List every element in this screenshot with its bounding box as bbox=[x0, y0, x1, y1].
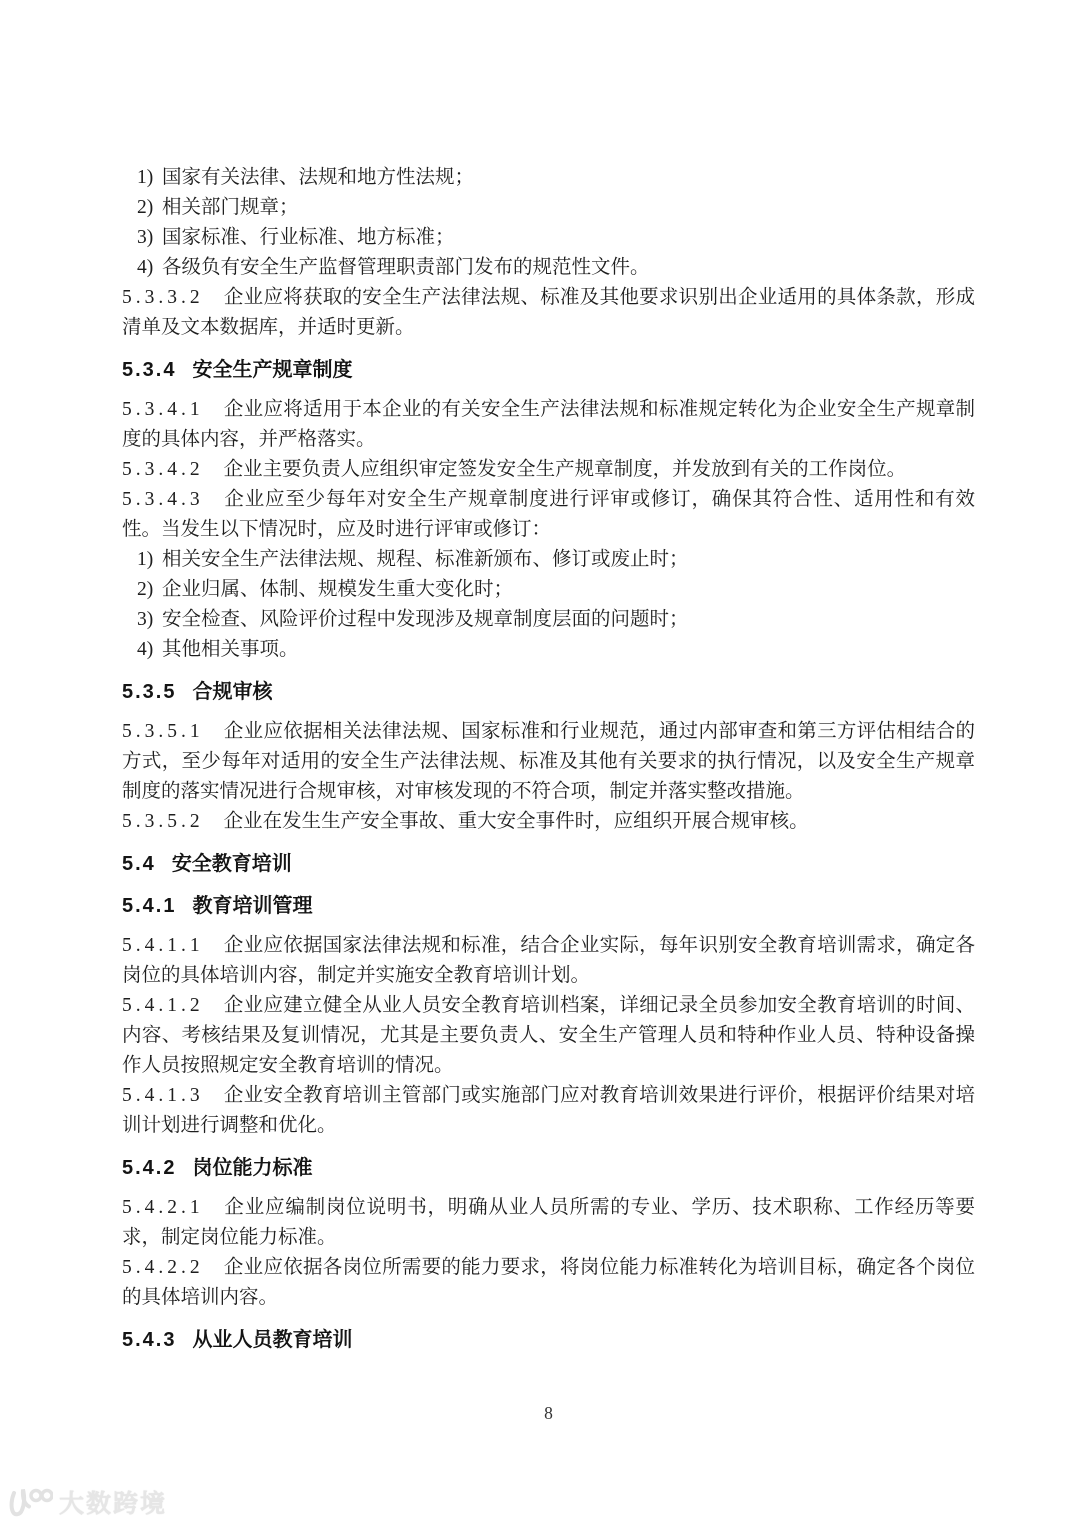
section-heading-5-3-4: 5.3.4安全生产规章制度 bbox=[122, 355, 975, 385]
clause-text: 企业在发生生产安全事故、重大安全事件时，应组织开展合规审核。 bbox=[224, 811, 809, 832]
list-item-number: 4) bbox=[137, 635, 153, 665]
clause-text: 企业应将适用于本企业的有关安全生产法律法规和标准规定转化为企业安全生产规章制度的… bbox=[122, 399, 975, 450]
heading-text: 教育培训管理 bbox=[192, 895, 312, 917]
document-content: 1) 国家有关法律、法规和地方性法规； 2) 相关部门规章； 3) 国家标准、行… bbox=[122, 163, 975, 1428]
section-heading-5-4-2: 5.4.2岗位能力标准 bbox=[122, 1153, 975, 1183]
clause-number: 5.4.1.2 bbox=[122, 995, 204, 1016]
clause-5-3-5-1: 5.3.5.1企业应依据相关法律法规、国家标准和行业规范，通过内部审查和第三方评… bbox=[122, 717, 975, 807]
list-item-number: 2) bbox=[137, 575, 153, 605]
clause-5-4-1-2: 5.4.1.2企业应建立健全从业人员安全教育培训档案，详细记录全员参加安全教育培… bbox=[122, 991, 975, 1081]
clause-number: 5.4.2.2 bbox=[122, 1257, 204, 1278]
page-number: 8 bbox=[122, 1398, 975, 1428]
dashukuajing-logo-icon bbox=[7, 1486, 53, 1518]
clause-number: 5.4.2.1 bbox=[122, 1197, 204, 1218]
heading-number: 5.4 bbox=[122, 853, 156, 875]
heading-text: 合规审核 bbox=[192, 681, 272, 703]
list-item-number: 1) bbox=[137, 545, 153, 575]
list-item: 4) 其他相关事项。 bbox=[122, 635, 975, 665]
clause-5-3-4-2: 5.3.4.2企业主要负责人应组织审定签发安全生产规章制度，并发放到有关的工作岗… bbox=[122, 455, 975, 485]
heading-number: 5.4.3 bbox=[122, 1329, 176, 1351]
clause-5-4-2-1: 5.4.2.1企业应编制岗位说明书，明确从业人员所需的专业、学历、技术职称、工作… bbox=[122, 1193, 975, 1253]
section-heading-5-3-5: 5.3.5合规审核 bbox=[122, 677, 975, 707]
clause-text: 企业应将获取的安全生产法律法规、标准及其他要求识别出企业适用的具体条款，形成清单… bbox=[122, 287, 975, 338]
section-heading-5-4-3: 5.4.3从业人员教育培训 bbox=[122, 1325, 975, 1355]
clause-5-4-1-3: 5.4.1.3企业安全教育培训主管部门或实施部门应对教育培训效果进行评价，根据评… bbox=[122, 1081, 975, 1141]
clause-5-3-4-3: 5.3.4.3企业应至少每年对安全生产规章制度进行评审或修订，确保其符合性、适用… bbox=[122, 485, 975, 545]
list-item-text: 各级负有安全生产监督管理职责部门发布的规范性文件。 bbox=[162, 257, 650, 278]
list-item-text: 其他相关事项。 bbox=[162, 639, 299, 660]
clause-5-3-5-2: 5.3.5.2企业在发生生产安全事故、重大安全事件时，应组织开展合规审核。 bbox=[122, 807, 975, 837]
list-item-number: 2) bbox=[137, 193, 153, 223]
clause-number: 5.3.3.2 bbox=[122, 287, 204, 308]
clause-5-4-1-1: 5.4.1.1企业应依据国家法律法规和标准，结合企业实际，每年识别安全教育培训需… bbox=[122, 931, 975, 991]
list-item: 3) 国家标准、行业标准、地方标准； bbox=[122, 223, 975, 253]
clause-text: 企业安全教育培训主管部门或实施部门应对教育培训效果进行评价，根据评价结果对培训计… bbox=[122, 1085, 975, 1136]
list-item-text: 相关部门规章； bbox=[162, 197, 299, 218]
section-heading-5-4: 5.4安全教育培训 bbox=[122, 849, 975, 879]
watermark-label: 大数跨境 bbox=[59, 1484, 167, 1520]
list-item-number: 3) bbox=[137, 223, 153, 253]
list-item-number: 1) bbox=[137, 163, 153, 193]
list-item: 1) 相关安全生产法律法规、规程、标准新颁布、修订或废止时； bbox=[122, 545, 975, 575]
heading-number: 5.3.4 bbox=[122, 359, 176, 381]
heading-text: 安全教育培训 bbox=[172, 853, 292, 875]
list-item-text: 国家标准、行业标准、地方标准； bbox=[162, 227, 455, 248]
clause-5-4-2-2: 5.4.2.2企业应依据各岗位所需要的能力要求，将岗位能力标准转化为培训目标，确… bbox=[122, 1253, 975, 1313]
list-item: 2) 相关部门规章； bbox=[122, 193, 975, 223]
list-item: 1) 国家有关法律、法规和地方性法规； bbox=[122, 163, 975, 193]
heading-text: 安全生产规章制度 bbox=[192, 359, 352, 381]
section-heading-5-4-1: 5.4.1教育培训管理 bbox=[122, 891, 975, 921]
clause-number: 5.3.5.2 bbox=[122, 811, 204, 832]
list-item: 3) 安全检查、风险评价过程中发现涉及规章制度层面的问题时； bbox=[122, 605, 975, 635]
clause-text: 企业应建立健全从业人员安全教育培训档案，详细记录全员参加安全教育培训的时间、内容… bbox=[122, 995, 975, 1076]
clause-text: 企业主要负责人应组织审定签发安全生产规章制度，并发放到有关的工作岗位。 bbox=[224, 459, 907, 480]
list-item: 4) 各级负有安全生产监督管理职责部门发布的规范性文件。 bbox=[122, 253, 975, 283]
clause-number: 5.3.4.3 bbox=[122, 489, 204, 510]
list-item-text: 安全检查、风险评价过程中发现涉及规章制度层面的问题时； bbox=[162, 609, 689, 630]
clause-text: 企业应依据国家法律法规和标准，结合企业实际，每年识别安全教育培训需求，确定各岗位… bbox=[122, 935, 975, 986]
list-item-text: 国家有关法律、法规和地方性法规； bbox=[162, 167, 474, 188]
heading-text: 岗位能力标准 bbox=[192, 1157, 312, 1179]
heading-number: 5.4.2 bbox=[122, 1157, 176, 1179]
list-item: 2) 企业归属、体制、规模发生重大变化时； bbox=[122, 575, 975, 605]
clause-number: 5.3.4.1 bbox=[122, 399, 204, 420]
heading-number: 5.4.1 bbox=[122, 895, 176, 917]
clause-5-3-4-1: 5.3.4.1企业应将适用于本企业的有关安全生产法律法规和标准规定转化为企业安全… bbox=[122, 395, 975, 455]
list-item-text: 相关安全生产法律法规、规程、标准新颁布、修订或废止时； bbox=[162, 549, 689, 570]
clause-text: 企业应至少每年对安全生产规章制度进行评审或修订，确保其符合性、适用性和有效性。当… bbox=[122, 489, 975, 540]
clause-number: 5.3.4.2 bbox=[122, 459, 204, 480]
list-item-text: 企业归属、体制、规模发生重大变化时； bbox=[162, 579, 513, 600]
clause-text: 企业应依据相关法律法规、国家标准和行业规范，通过内部审查和第三方评估相结合的方式… bbox=[122, 721, 975, 802]
list-item-number: 4) bbox=[137, 253, 153, 283]
list-item-number: 3) bbox=[137, 605, 153, 635]
clause-5-3-3-2: 5.3.3.2企业应将获取的安全生产法律法规、标准及其他要求识别出企业适用的具体… bbox=[122, 283, 975, 343]
watermark: 大数跨境 bbox=[7, 1484, 167, 1520]
heading-number: 5.3.5 bbox=[122, 681, 176, 703]
clause-number: 5.3.5.1 bbox=[122, 721, 204, 742]
clause-text: 企业应编制岗位说明书，明确从业人员所需的专业、学历、技术职称、工作经历等要求，制… bbox=[122, 1197, 975, 1248]
clause-text: 企业应依据各岗位所需要的能力要求，将岗位能力标准转化为培训目标，确定各个岗位的具… bbox=[122, 1257, 975, 1308]
heading-text: 从业人员教育培训 bbox=[192, 1329, 352, 1351]
clause-number: 5.4.1.3 bbox=[122, 1085, 204, 1106]
clause-number: 5.4.1.1 bbox=[122, 935, 204, 956]
document-page: 1) 国家有关法律、法规和地方性法规； 2) 相关部门规章； 3) 国家标准、行… bbox=[0, 0, 1080, 1527]
